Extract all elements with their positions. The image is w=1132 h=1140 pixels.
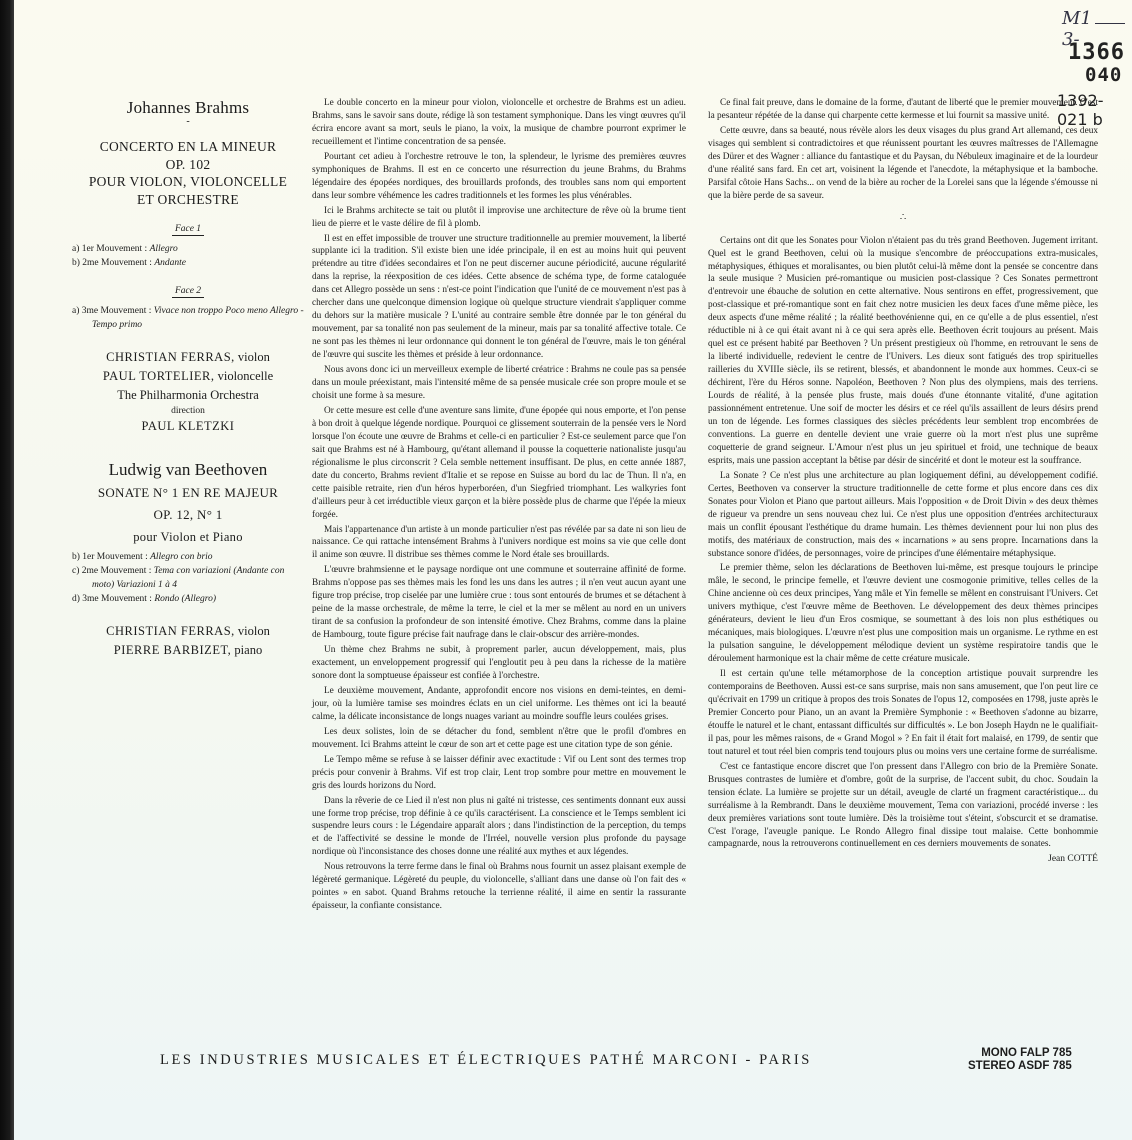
work-title-line: CONCERTO EN LA MINEUR [72,138,304,156]
movement-item: a) 1er Mouvement : Allegro [72,242,304,256]
paragraph: C'est ce fantastique encore discret que … [708,761,1098,852]
paragraph: Les deux solistes, loin de se détacher d… [312,726,686,752]
conductor-name: PAUL KLETZKI [72,417,304,436]
paragraph: Pourtant cet adieu à l'orchestre retrouv… [312,151,686,203]
performer: CHRISTIAN FERRAS, violon [72,348,304,367]
work-title-line: OP. 12, N° 1 [72,506,304,524]
movement-label: a) 3me Mouvement : [72,306,154,316]
performer: PAUL TORTELIER, violoncelle [72,367,304,386]
program-listing: Johannes Brahms - CONCERTO EN LA MINEURO… [72,98,304,660]
paragraph: Le double concerto en la mineur pour vio… [312,97,686,149]
work-title-line: OP. 102 [72,156,304,174]
stamp-number-2: 040 [1085,64,1122,86]
movement-label: b) 1er Mouvement : [72,552,150,562]
beethoven-movements: b) 1er Mouvement : Allegro con brioc) 2m… [72,550,304,606]
paragraph: Dans la rêverie de ce Lied il n'est non … [312,795,686,860]
liner-notes-column-1: Le double concerto en la mineur pour vio… [312,97,686,915]
paragraph: Ici le Brahms architecte se tait ou plut… [312,205,686,231]
performer: CHRISTIAN FERRAS, violon [72,622,304,641]
paragraph: Nous retrouvons la terre ferme dans le f… [312,861,686,913]
movement-label: c) 2me Mouvement : [72,566,154,576]
movement-item: d) 3me Mouvement : Rondo (Allegro) [72,592,304,606]
movement-tempo: Rondo (Allegro) [154,594,216,604]
face-2-movements: a) 3me Mouvement : Vivace non troppo Poc… [72,304,304,332]
paragraph: Certains ont dit que les Sonates pour Vi… [708,235,1098,468]
composer-brahms: Johannes Brahms [72,98,304,118]
catalog-mono: MONO FALP 785 [968,1047,1072,1060]
liner-notes-beethoven: Certains ont dit que les Sonates pour Vi… [708,235,1098,852]
paragraph: Nous avons donc ici un merveilleux exemp… [312,364,686,403]
paragraph: Le Tempo même se refuse à se laisser déf… [312,754,686,793]
face-2-heading: Face 2 [172,286,204,298]
beethoven-performers: CHRISTIAN FERRAS, violonPIERRE BARBIZET,… [72,622,304,660]
performer-name: PAUL TORTELIER, [103,369,215,383]
handwritten-underline [1095,23,1125,24]
handwritten-mark-left: M1 [1062,8,1092,29]
beethoven-subtitle: pour Violon et Piano [72,528,304,546]
face-1-heading: Face 1 [172,224,204,236]
performer-name: PIERRE BARBIZET, [114,643,232,657]
performer-instrument: violon [235,624,270,638]
movement-item: b) 1er Mouvement : Allegro con brio [72,550,304,564]
paragraph: L'œuvre brahmsienne et le paysage nordiq… [312,564,686,642]
performer-instrument: violon [235,350,270,364]
stamp-number-1: 1366 [1068,40,1125,65]
performer-name: CHRISTIAN FERRAS, [106,624,235,638]
direction-label: direction [72,405,304,417]
paragraph: Ce final fait preuve, dans le domaine de… [708,97,1098,123]
performer-instrument: violoncelle [214,369,273,383]
movement-item: a) 3me Mouvement : Vivace non troppo Poc… [72,304,304,332]
paragraph: Un thème chez Brahms ne subit, à proprem… [312,644,686,683]
catalog-numbers: MONO FALP 785 STEREO ASDF 785 [968,1047,1072,1073]
publisher-label: LES INDUSTRIES MUSICALES ET ÉLECTRIQUES … [160,1052,812,1069]
paragraph: Il est en effet impossible de trouver un… [312,233,686,363]
catalog-stereo: STEREO ASDF 785 [968,1060,1072,1073]
paragraph: Le deuxième mouvement, Andante, approfon… [312,685,686,724]
paragraph: Cette œuvre, dans sa beauté, nous révèle… [708,125,1098,203]
brahms-performers: CHRISTIAN FERRAS, violonPAUL TORTELIER, … [72,348,304,386]
paragraph: Il est certain qu'une telle métamorphose… [708,668,1098,759]
movement-item: c) 2me Mouvement : Tema con variazioni (… [72,564,304,592]
movement-tempo: Allegro con brio [150,552,212,562]
brahms-work-title: CONCERTO EN LA MINEUROP. 102POUR VIOLON,… [72,138,304,208]
movement-label: b) 2me Mouvement : [72,258,154,268]
paragraph: Mais l'appartenance d'un artiste à un mo… [312,524,686,563]
liner-notes-brahms-conclusion: Ce final fait preuve, dans le domaine de… [708,97,1098,203]
paragraph: Le premier thème, selon les déclarations… [708,562,1098,666]
performer-name: CHRISTIAN FERRAS, [106,350,235,364]
movement-item: b) 2me Mouvement : Andante [72,256,304,270]
face-1-movements: a) 1er Mouvement : Allegrob) 2me Mouveme… [72,242,304,270]
performer-instrument: piano [231,643,262,657]
record-sleeve-spine [0,0,14,1140]
orchestra-block: The Philharmonia Orchestra direction PAU… [72,386,304,436]
beethoven-work-title: SONATE N° 1 EN RE MAJEUROP. 12, N° 1 [72,484,304,524]
paragraph: Or cette mesure est celle d'une aventure… [312,405,686,522]
movement-label: d) 3me Mouvement : [72,594,154,604]
work-title-line: ET ORCHESTRE [72,191,304,209]
paragraph: La Sonate ? Ce n'est plus une architectu… [708,470,1098,561]
separator-dash: - [72,118,304,126]
author-signature: Jean COTTÉ [708,853,1098,866]
liner-notes-column-2: Ce final fait preuve, dans le domaine de… [708,97,1098,866]
orchestra-name: The Philharmonia Orchestra [72,386,304,405]
work-title-line: SONATE N° 1 EN RE MAJEUR [72,484,304,502]
movement-label: a) 1er Mouvement : [72,244,150,254]
section-break-dots: ∴ [708,213,1098,223]
movement-tempo: Allegro [150,244,178,254]
work-title-line: POUR VIOLON, VIOLONCELLE [72,173,304,191]
movement-tempo: Andante [154,258,186,268]
performer: PIERRE BARBIZET, piano [72,641,304,660]
composer-beethoven: Ludwig van Beethoven [72,460,304,480]
